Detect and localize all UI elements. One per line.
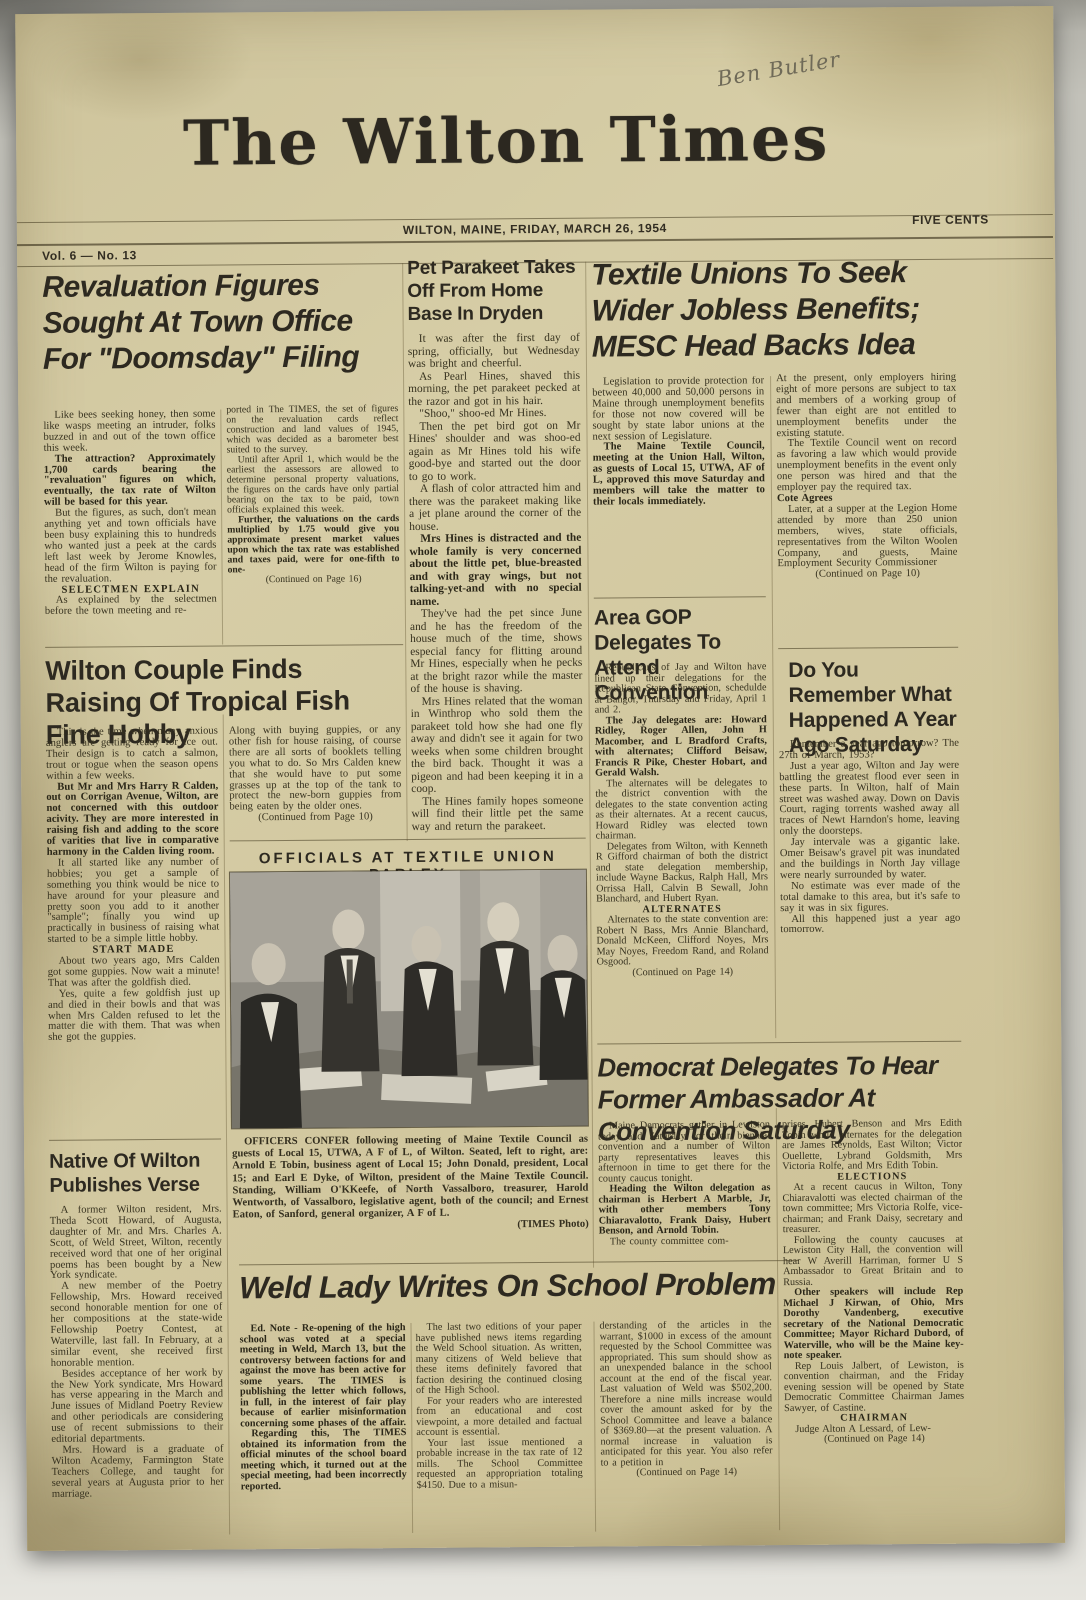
body-paragraph: Besides acceptance of her work by the Ne… xyxy=(51,1368,224,1446)
handwritten-owner-name: Ben Butler xyxy=(715,28,956,91)
native-column: A former Wilton resident, Mrs. Theda Sco… xyxy=(50,1205,225,1536)
body-paragraph: A new member of the Poetry Fellowship, M… xyxy=(50,1281,223,1370)
fish-column-1: This is the time when many anxious angle… xyxy=(46,727,221,1134)
body-paragraph: Just a year ago, Wilton and Jay were bat… xyxy=(779,761,960,839)
body-paragraph: prises Hubert Benson and Mrs Edith Tobin… xyxy=(782,1119,962,1173)
body-paragraph: But the figures, as such, don't mean any… xyxy=(44,508,217,586)
gop-rule xyxy=(594,596,766,598)
weld-column-1: Ed. Note - Re-opening of the high school… xyxy=(239,1323,407,1534)
textile-column-1: Legislation to provide protection for be… xyxy=(592,376,766,589)
textile-column-2: At the present, only employers hiring ei… xyxy=(776,373,958,642)
body-paragraph: As Pearl Hines, shaved this morning, the… xyxy=(408,369,580,408)
remember-rule xyxy=(778,647,958,649)
native-rule xyxy=(49,1139,221,1141)
weld-column-2: The last two editions of your paper have… xyxy=(415,1322,583,1533)
body-paragraph: Until after April 1, which would be the … xyxy=(227,454,399,515)
column-rule xyxy=(593,1322,596,1532)
body-paragraph: Mrs Hines related that the woman in Wint… xyxy=(411,694,584,795)
photo-surface: Ben Butler The Wilton Times WILTON, MAIN… xyxy=(0,0,1086,1600)
body-paragraph: The Hines family hopes someone will find… xyxy=(411,794,583,833)
revaluation-column-1: Like bees seeking honey, then some like … xyxy=(43,410,217,647)
body-paragraph: Like bees seeking honey, then some like … xyxy=(43,410,215,455)
body-paragraph: Mrs Hines is distracted and the whole fa… xyxy=(409,532,582,608)
body-paragraph: They've had the pet since June and he ha… xyxy=(410,607,583,696)
news-photo-image xyxy=(230,870,588,1129)
body-paragraph: Following the county caucuses at Lewisto… xyxy=(783,1234,963,1288)
body-paragraph: Yes, quite a few goldfish just up and di… xyxy=(48,988,220,1044)
democrat-column-1: Maine Democrats gather in Lewiston today… xyxy=(598,1120,771,1261)
body-paragraph: At a recent caucus in Wilton, Tony Chiar… xyxy=(782,1182,962,1236)
continuation-note: (Continued on Page 14) xyxy=(601,1467,773,1479)
body-paragraph: Delegates from Wilton, with Kenneth R Gi… xyxy=(596,841,768,905)
body-paragraph: It all started like any number of hobbie… xyxy=(47,857,220,946)
body-paragraph: At the present, only employers hiring ei… xyxy=(776,373,957,440)
body-paragraph: Heading the Wilton delegation as chairma… xyxy=(598,1183,770,1237)
body-paragraph: The attraction? Approximately 1,700 card… xyxy=(44,453,216,509)
column-rule xyxy=(220,409,223,644)
parakeet-column: It was after the first day of spring, of… xyxy=(408,332,584,839)
body-paragraph: A flash of color attracted him and there… xyxy=(409,482,581,533)
body-paragraph: For your readers who are interested from… xyxy=(416,1395,582,1438)
body-paragraph: The Textile Council went on record as fa… xyxy=(777,438,957,494)
continuation-note: (Continued on Page 14) xyxy=(784,1434,964,1446)
body-paragraph: Republicans of Jay and Wilton have lined… xyxy=(594,662,766,716)
headline-textile: Textile Unions To Seek Wider Jobless Ben… xyxy=(591,255,974,366)
continuation-note: (Continued on Page 10) xyxy=(778,569,958,581)
fish-column-2: Along with buying guppies, or any other … xyxy=(229,725,402,838)
headline-parakeet: Pet Parakeet Takes Off From Home Base In… xyxy=(407,256,584,326)
continuation-note: (Continued on Page 16) xyxy=(228,574,400,585)
masthead-price: FIVE CENTS xyxy=(829,212,989,227)
headline-revaluation: Revaluation Figures Sought At Town Offic… xyxy=(42,267,401,378)
masthead-volume: Vol. 6 — No. 13 xyxy=(42,247,262,263)
remember-column: Remember a year ago tomorrow? The 27th o… xyxy=(779,739,961,1036)
body-paragraph: derstanding of the articles in the warra… xyxy=(599,1320,772,1468)
weld-column-3: derstanding of the articles in the warra… xyxy=(599,1320,773,1531)
body-paragraph: Legislation to provide protection for be… xyxy=(592,376,765,443)
news-photo xyxy=(230,870,588,1129)
body-paragraph: Alternates to the state convention are: … xyxy=(596,914,768,968)
newspaper-title: The Wilton Times xyxy=(106,107,906,175)
democrat-column-2: prises Hubert Benson and Mrs Edith Tobin… xyxy=(782,1119,965,1532)
column-rule xyxy=(776,1108,780,1530)
body-paragraph: But Mr and Mrs Harry R Calden, out on Co… xyxy=(46,781,219,859)
newspaper-page: Ben Butler The Wilton Times WILTON, MAIN… xyxy=(15,6,1065,1551)
body-paragraph: Mrs. Howard is a graduate of Wilton Acad… xyxy=(51,1444,223,1500)
body-paragraph: The Jay delegates are: Howard Ridley, Ro… xyxy=(595,715,767,779)
weld-rule xyxy=(239,1260,799,1265)
body-paragraph: Jay intervale was a gigantic lake. Omer … xyxy=(780,837,960,882)
gop-column: Republicans of Jay and Wilton have lined… xyxy=(594,662,769,1037)
body-paragraph: As explained by the selectmen before the… xyxy=(45,595,217,618)
body-paragraph: Along with buying guppies, or any other … xyxy=(229,725,402,814)
body-paragraph: All this happened just a year ago tomorr… xyxy=(780,913,960,936)
body-paragraph: The county committee com- xyxy=(599,1236,771,1248)
revaluation-column-2: ported in The TIMES, the set of figures … xyxy=(226,404,400,645)
body-paragraph: Your last issue mentioned a probable inc… xyxy=(416,1437,582,1491)
body-paragraph: Then the pet bird got on Mr Hines' shoul… xyxy=(408,419,580,483)
photo-caption: OFFICERS CONFER following meeting of Mai… xyxy=(232,1134,589,1261)
body-paragraph: Later, at a supper at the Legion Home at… xyxy=(777,504,958,571)
headline-weld: Weld Lady Writes On School Problem xyxy=(239,1266,801,1306)
caption-text: OFFICERS CONFER following meeting of Mai… xyxy=(232,1134,589,1222)
body-paragraph: The last two editions of your paper have… xyxy=(415,1322,582,1397)
body-paragraph: Maine Democrats gather in Lewiston today… xyxy=(598,1120,770,1184)
body-paragraph: Further, the valuations on the cards mul… xyxy=(227,514,399,575)
body-paragraph: Rep Louis Jalbert, of Lewiston, is conve… xyxy=(784,1360,964,1414)
body-paragraph: Other speakers will include Rep Michael … xyxy=(783,1287,964,1362)
column-rule xyxy=(770,376,776,1038)
body-paragraph: A former Wilton resident, Mrs. Theda Sco… xyxy=(50,1205,223,1283)
body-paragraph: The alternates will be delegates to the … xyxy=(595,778,767,842)
body-paragraph: Regarding this, The TIMES obtained its i… xyxy=(240,1428,406,1492)
body-paragraph: ported in The TIMES, the set of figures … xyxy=(226,404,398,455)
body-paragraph: The Maine Textile Council, meeting at th… xyxy=(593,442,766,509)
body-paragraph: It was after the first day of spring, of… xyxy=(408,332,580,371)
body-paragraph: About two years ago, Mrs Calden got some… xyxy=(48,956,220,990)
democrat-rule xyxy=(597,1041,961,1045)
headline-native: Native Of Wilton Publishes Verse xyxy=(49,1148,225,1197)
body-paragraph: Ed. Note - Re-opening of the high school… xyxy=(239,1323,406,1429)
body-paragraph: Remember a year ago tomorrow? The 27th o… xyxy=(779,739,959,762)
continuation-note: (Continued from Page 10) xyxy=(229,812,401,824)
body-paragraph: This is the time when many anxious angle… xyxy=(46,727,218,783)
column-rule xyxy=(410,1323,413,1533)
continuation-note: (Continued on Page 14) xyxy=(597,967,769,979)
body-paragraph: No estimate was ever made of the total d… xyxy=(780,880,960,914)
